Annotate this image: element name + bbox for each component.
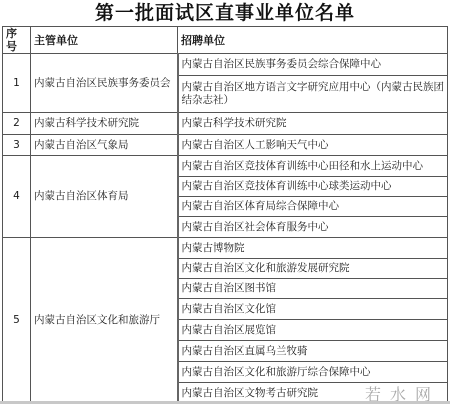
dept-cell: 内蒙古科学技术研究院 bbox=[31, 113, 178, 135]
unit-cell: 内蒙古自治区竞技体育训练中心球类运动中心 bbox=[178, 177, 448, 197]
unit-cell: 内蒙古自治区图书馆 bbox=[178, 279, 448, 299]
table-row: 2 内蒙古科学技术研究院 内蒙古科学技术研究院 bbox=[3, 113, 448, 135]
unit-cell: 内蒙古博物院 bbox=[178, 238, 448, 259]
unit-cell: 内蒙古自治区民族事务委员会综合保障中心 bbox=[178, 54, 448, 76]
table-header-row: 序号 主管单位 招聘单位 bbox=[3, 27, 448, 54]
unit-cell: 内蒙古自治区地方语言文字研究应用中心（内蒙古民族团结杂志社） bbox=[178, 76, 448, 113]
unit-cell: 内蒙古自治区展览馆 bbox=[178, 320, 448, 341]
unit-cell: 内蒙古自治区体育局综合保障中心 bbox=[178, 197, 448, 217]
unit-cell: 内蒙古科学技术研究院 bbox=[178, 113, 448, 135]
dept-cell: 内蒙古自治区文化和旅游厅 bbox=[31, 238, 178, 404]
unit-cell: 内蒙古自治区文化和旅游发展研究院 bbox=[178, 259, 448, 279]
unit-cell: 内蒙古自治区文化和旅游厅综合保障中心 bbox=[178, 362, 448, 383]
serial-cell: 5 bbox=[3, 238, 31, 404]
header-dept: 主管单位 bbox=[31, 27, 178, 54]
header-unit: 招聘单位 bbox=[178, 27, 448, 54]
serial-cell: 4 bbox=[3, 156, 31, 238]
serial-cell: 2 bbox=[3, 113, 31, 135]
unit-list-table: 序号 主管单位 招聘单位 1 内蒙古自治区民族事务委员会 内蒙古自治区民族事务委… bbox=[2, 26, 448, 404]
dept-cell: 内蒙古自治区民族事务委员会 bbox=[31, 54, 178, 113]
unit-cell: 内蒙古自治区竞技体育训练中心田径和水上运动中心 bbox=[178, 156, 448, 177]
unit-cell: 内蒙古自治区人工影响天气中心 bbox=[178, 135, 448, 156]
dept-cell: 内蒙古自治区体育局 bbox=[31, 156, 178, 238]
table-row: 3 内蒙古自治区气象局 内蒙古自治区人工影响天气中心 bbox=[3, 135, 448, 156]
table-row: 4 内蒙古自治区体育局 内蒙古自治区竞技体育训练中心田径和水上运动中心 bbox=[3, 156, 448, 177]
table-row: 1 内蒙古自治区民族事务委员会 内蒙古自治区民族事务委员会综合保障中心 bbox=[3, 54, 448, 76]
unit-cell: 内蒙古自治区社会体育服务中心 bbox=[178, 217, 448, 238]
dept-cell: 内蒙古自治区气象局 bbox=[31, 135, 178, 156]
unit-cell: 内蒙古自治区文化馆 bbox=[178, 299, 448, 320]
serial-cell: 1 bbox=[3, 54, 31, 113]
page-title: 第一批面试区直事业单位名单 bbox=[0, 0, 450, 26]
unit-cell: 内蒙古自治区直属乌兰牧骑 bbox=[178, 341, 448, 362]
serial-cell: 3 bbox=[3, 135, 31, 156]
table-row: 5 内蒙古自治区文化和旅游厅 内蒙古博物院 bbox=[3, 238, 448, 259]
header-serial: 序号 bbox=[3, 27, 31, 54]
